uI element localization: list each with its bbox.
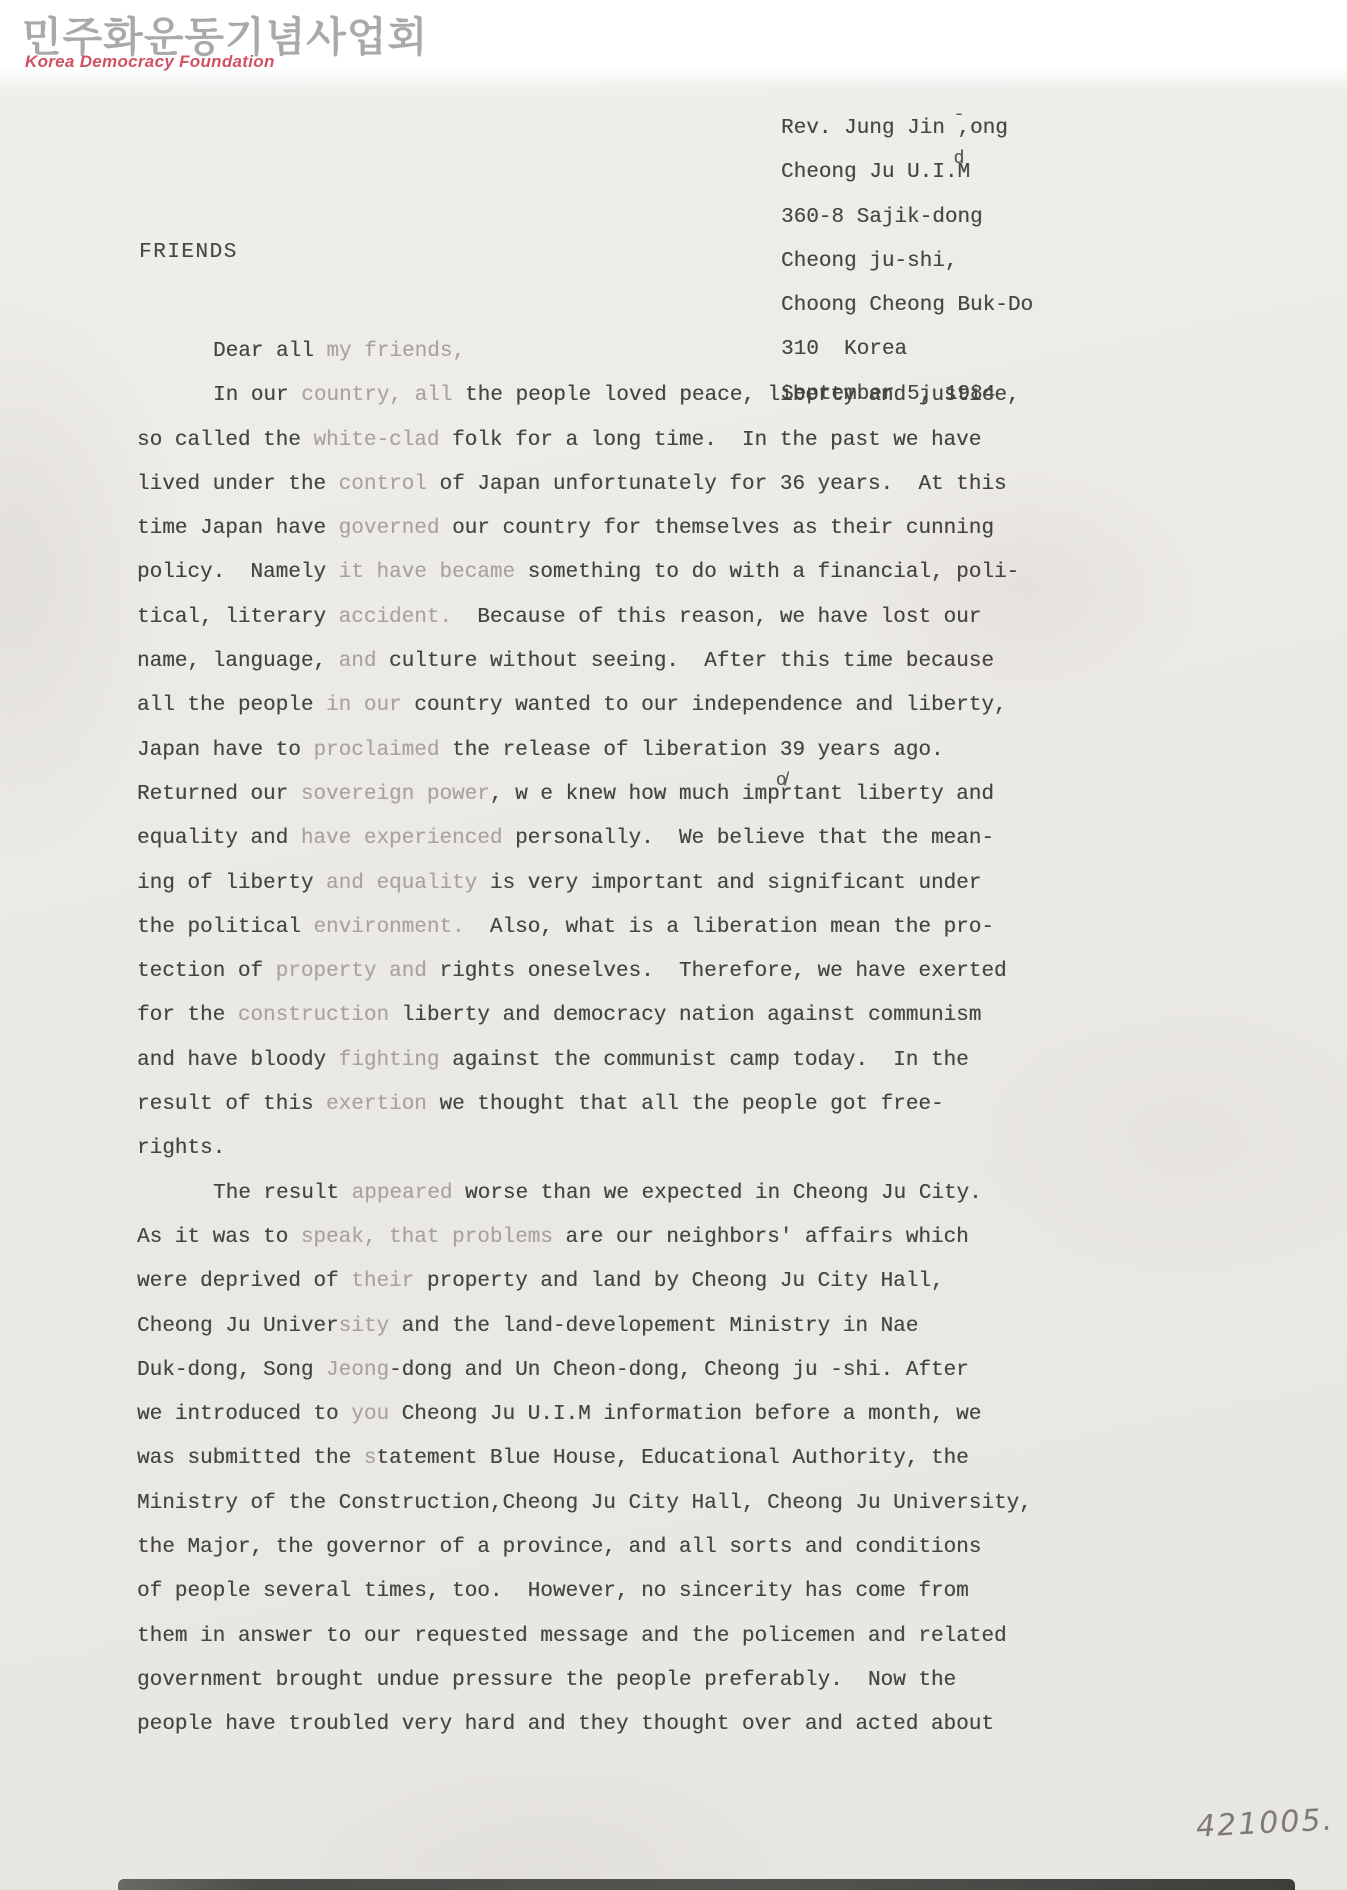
typed-text: rights.	[137, 1137, 225, 1160]
letter-line-body-13: tection of property and rights oneselves…	[137, 950, 1217, 994]
typed-text-faded: white-clad	[313, 429, 439, 452]
typed-text: is very important and significant under	[477, 872, 981, 895]
typed-text: culture without seeing. After this time …	[376, 650, 994, 673]
letter-line-body-19: As it was to speak, that problems are ou…	[137, 1216, 1217, 1260]
letter-line-body-2: lived under the control of Japan unfortu…	[137, 463, 1217, 507]
letter-line-body-1: so called the white-clad folk for a long…	[137, 419, 1217, 463]
typed-text-faded: accident.	[339, 606, 452, 629]
typed-text: tical, literary	[137, 606, 339, 629]
typed-text-faded: s	[364, 1447, 377, 1470]
typed-text: folk for a long time. In the past we hav…	[439, 429, 981, 452]
letter-line-body-27: of people several times, too. However, n…	[137, 1570, 1217, 1614]
recipient-label: FRIENDS	[139, 241, 238, 264]
typed-text: -dong and Un Cheon-dong, Cheong ju -shi.…	[389, 1359, 969, 1382]
typed-text: ing of liberty	[137, 872, 326, 895]
letter-line-body-23: we introduced to you Cheong Ju U.I.M inf…	[137, 1393, 1217, 1437]
letter-line-address-4: Choong Cheong Buk-Do	[781, 291, 1033, 335]
typed-text: time Japan have	[137, 517, 339, 540]
letter-body: Dear all my friends,In our country, all …	[137, 330, 1217, 1748]
typed-text: property and land by Cheong Ju City Hall…	[414, 1270, 943, 1293]
typed-text: government brought undue pressure the pe…	[137, 1669, 956, 1692]
typed-text-faded: in our	[326, 694, 402, 717]
letter-line-address-2: 360-8 Sajik-dong	[781, 203, 1033, 247]
typed-text: ,ong	[957, 117, 1007, 140]
typed-text: personally. We believe that the mean-	[502, 827, 993, 850]
typed-text: liberty and democracy nation against com…	[389, 1004, 981, 1027]
letter-line-body-18: The result appeared worse than we expect…	[137, 1172, 1217, 1216]
typed-text: we introduced to	[137, 1403, 351, 1426]
typed-text: the people loved peace, liberty and just…	[452, 384, 1019, 407]
typed-text: Rev. Jung Jin	[781, 117, 957, 140]
typed-text: were deprived of	[137, 1270, 351, 1293]
typed-text-faded: their	[351, 1270, 414, 1293]
typed-text: and have bloody	[137, 1049, 339, 1072]
letter-line-address-0: Rev. Jung Jin -,ong	[781, 114, 1033, 158]
typed-text: Cheong Ju U.I.	[781, 161, 957, 184]
letter-line-body-24: was submitted the statement Blue House, …	[137, 1437, 1217, 1481]
letter-line-body-20: were deprived of their property and land…	[137, 1260, 1217, 1304]
handwritten-archive-number: 421005.	[1195, 1802, 1335, 1844]
letter-line-body-5: tical, literary accident. Because of thi…	[137, 596, 1217, 640]
typed-text: result of this	[137, 1093, 326, 1116]
typed-text: Cheong Ju Univer	[137, 1315, 339, 1338]
typed-text: them in answer to our requested message …	[137, 1625, 1007, 1648]
typed-text: rtant liberty and	[780, 783, 994, 806]
typed-text: Also, what is a liberation mean the pro-	[465, 916, 994, 939]
typed-text: In our	[213, 384, 301, 407]
letter-line-body-29: government brought undue pressure the pe…	[137, 1659, 1217, 1703]
letter-line-address-3: Cheong ju-shi,	[781, 247, 1033, 291]
typed-text-faded: have experienced	[301, 827, 503, 850]
typed-text-faded: exertion	[326, 1093, 427, 1116]
letter-line-body-30: people have troubled very hard and they …	[137, 1703, 1217, 1747]
letter-line-body-14: for the construction liberty and democra…	[137, 994, 1217, 1038]
typed-text: for the	[137, 1004, 238, 1027]
letter-line-body-17: rights.	[137, 1127, 1217, 1171]
letter-line-body-25: Ministry of the Construction,Cheong Ju C…	[137, 1482, 1217, 1526]
typed-text: Japan have to	[137, 739, 313, 762]
typed-text: of Japan unfortunately for 36 years. At …	[427, 473, 1007, 496]
typed-text-faded: country, all	[301, 384, 452, 407]
typed-text: all the people	[137, 694, 326, 717]
typed-text-faded: property and	[276, 960, 427, 983]
typed-text: something to do with a financial, poli-	[515, 561, 1019, 584]
typed-text: are our neighbors' affairs which	[553, 1226, 969, 1249]
typed-text: equality and	[137, 827, 301, 850]
letter-line-body-4: policy. Namely it have became something …	[137, 551, 1217, 595]
letter-line-body-15: and have bloody fighting against the com…	[137, 1039, 1217, 1083]
typed-text: we thought that all the people got free-	[427, 1093, 944, 1116]
typed-text-faded: construction	[238, 1004, 389, 1027]
scan-edge-artifact	[118, 1879, 1295, 1890]
typed-text: Choong Cheong Buk-Do	[781, 294, 1033, 317]
typed-text-faded: environment.	[313, 916, 464, 939]
typed-text: our country for themselves as their cunn…	[439, 517, 994, 540]
typed-text-faded: you	[351, 1403, 389, 1426]
typed-text: The result	[213, 1182, 352, 1205]
typed-text: Ministry of the Construction,Cheong Ju C…	[137, 1492, 1032, 1515]
typed-text: Dear all	[213, 340, 326, 363]
typed-text: As it was to	[137, 1226, 301, 1249]
letter-line-body-21: Cheong Ju University and the land-develo…	[137, 1305, 1217, 1349]
typed-text-faded: control	[339, 473, 427, 496]
typed-text-faded: speak, that problems	[301, 1226, 553, 1249]
letter-line-body-7: all the people in our country wanted to …	[137, 684, 1217, 728]
letter-line-salutation: Dear all my friends,	[137, 330, 1217, 374]
letter-line-body-3: time Japan have governed our country for…	[137, 507, 1217, 551]
typed-text: , w e knew how much imp	[490, 783, 780, 806]
typed-text: Returned our	[137, 783, 301, 806]
letter-line-body-11: ing of liberty and equality is very impo…	[137, 862, 1217, 906]
typed-text: so called the	[137, 429, 313, 452]
typed-text-faded: sovereign power	[301, 783, 490, 806]
typed-text: the political	[137, 916, 313, 939]
typed-text: policy. Namely	[137, 561, 339, 584]
letter-line-body-26: the Major, the governor of a province, a…	[137, 1526, 1217, 1570]
typed-text: lived under the	[137, 473, 339, 496]
letter-line-body-6: name, language, and culture without seei…	[137, 640, 1217, 684]
typed-text-faded: my friends,	[326, 340, 465, 363]
letter-line-body-10: equality and have experienced personally…	[137, 817, 1217, 861]
typed-text: 360-8 Sajik-dong	[781, 206, 983, 229]
letter-line-body-8: Japan have to proclaimed the release of …	[137, 729, 1217, 773]
typed-text-faded: Jeong	[326, 1359, 389, 1382]
typed-text-faded: proclaimed	[313, 739, 439, 762]
letter-line-body-16: result of this exertion we thought that …	[137, 1083, 1217, 1127]
typed-text: and the land-developement Ministry in Na…	[389, 1315, 918, 1338]
typed-text-faded: governed	[339, 517, 440, 540]
typed-text: Because of this reason, we have lost our	[452, 606, 981, 629]
letter-line-body-9: Returned our sovereign power, w e knew h…	[137, 773, 1217, 817]
typed-text-faded: it have became	[339, 561, 515, 584]
letter-line-body-22: Duk-dong, Song Jeong-dong and Un Cheon-d…	[137, 1349, 1217, 1393]
typed-text: worse than we expected in Cheong Ju City…	[452, 1182, 981, 1205]
typed-text-faded: sity	[339, 1315, 389, 1338]
typed-text: Cheong ju-shi,	[781, 250, 957, 273]
typed-text: was submitted the	[137, 1447, 364, 1470]
typed-text: Duk-dong, Song	[137, 1359, 326, 1382]
typed-text: tatement Blue House, Educational Authori…	[376, 1447, 968, 1470]
typed-text: of people several times, too. However, n…	[137, 1580, 969, 1603]
typed-text: Cheong Ju U.I.M information before a mon…	[389, 1403, 981, 1426]
letter-line-body-12: the political environment. Also, what is…	[137, 906, 1217, 950]
letter-line-address-1: Cheong Ju U.I.dM	[781, 158, 1033, 202]
typed-text-faded: and	[339, 650, 377, 673]
document-page: 민주화운동기념사업회 Korea Democracy Foundation FR…	[0, 0, 1347, 1890]
typed-text-faded: and equality	[326, 872, 477, 895]
letter-line-body-28: them in answer to our requested message …	[137, 1615, 1217, 1659]
typed-text: people have troubled very hard and they …	[137, 1713, 994, 1736]
typed-text-faded: appeared	[352, 1182, 453, 1205]
typed-text: against the communist camp today. In the	[439, 1049, 968, 1072]
korea-democracy-foundation-logo-english: Korea Democracy Foundation	[25, 52, 275, 72]
typed-text: name, language,	[137, 650, 339, 673]
typed-text: tection of	[137, 960, 276, 983]
typed-text: country wanted to our independence and l…	[402, 694, 1007, 717]
typed-text: the Major, the governor of a province, a…	[137, 1536, 981, 1559]
typed-text: the release of liberation 39 years ago.	[439, 739, 943, 762]
typed-text: rights oneselves. Therefore, we have exe…	[427, 960, 1007, 983]
typed-text-faded: fighting	[339, 1049, 440, 1072]
letter-line-body-0: In our country, all the people loved pea…	[137, 374, 1217, 418]
